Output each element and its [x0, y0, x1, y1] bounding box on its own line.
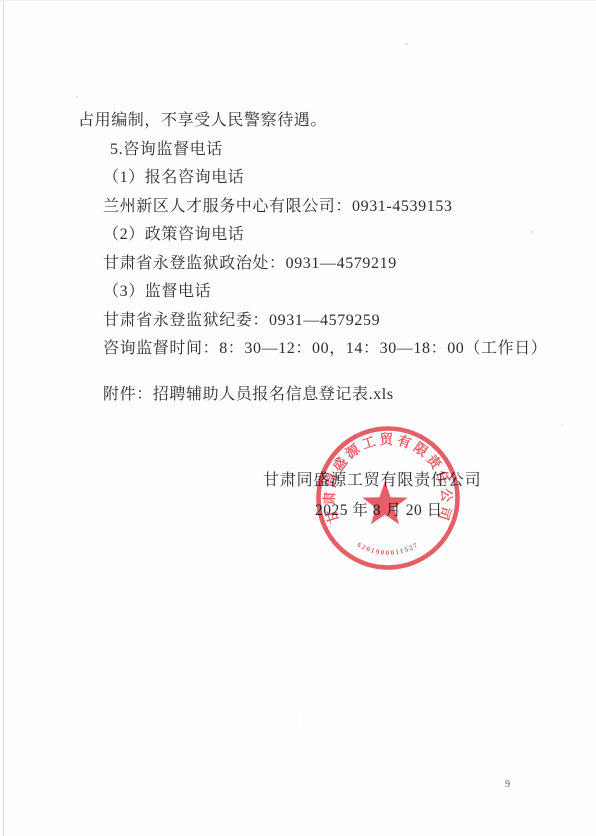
attachment-line: 附件：招聘辅助人员报名信息登记表.xls	[78, 381, 558, 410]
seal-code-arc: 6201900011527	[356, 541, 421, 557]
scan-speck	[76, 96, 78, 98]
scan-edge	[0, 0, 596, 1]
svg-text:6201900011527: 6201900011527	[356, 541, 421, 557]
body-line: 甘肃省永登监狱政治处：0931—4579219	[78, 250, 558, 279]
body-line: （1）报名咨询电话	[78, 164, 558, 193]
body-line: （2）政策咨询电话	[78, 221, 558, 250]
body-line: （3）监督电话	[78, 278, 558, 307]
seal-star-icon	[362, 481, 408, 524]
page-number: 9	[505, 779, 510, 790]
scan-edge	[3, 0, 4, 836]
body-line: 占用编制，不享受人民警察待遇。	[78, 107, 558, 136]
body-line: 甘肃省永登监狱纪委：0931—4579259	[78, 307, 558, 336]
scan-speck	[561, 424, 563, 426]
document-page: 占用编制，不享受人民警察待遇。 5.咨询监督电话 （1）报名咨询电话 兰州新区人…	[0, 0, 596, 836]
body-line: 兰州新区人才服务中心有限公司：0931-4539153	[78, 193, 558, 222]
body-line: 5.咨询监督电话	[78, 136, 558, 165]
body-text: 占用编制，不享受人民警察待遇。 5.咨询监督电话 （1）报名咨询电话 兰州新区人…	[78, 107, 558, 409]
official-seal: 甘肃同盛源工贸有限责任公司 6201900011527	[308, 417, 468, 577]
body-line: 咨询监督时间：8：30—12：00，14：30—18：00（工作日）	[78, 335, 558, 364]
scan-speck	[405, 43, 408, 45]
scan-speck	[296, 719, 298, 721]
